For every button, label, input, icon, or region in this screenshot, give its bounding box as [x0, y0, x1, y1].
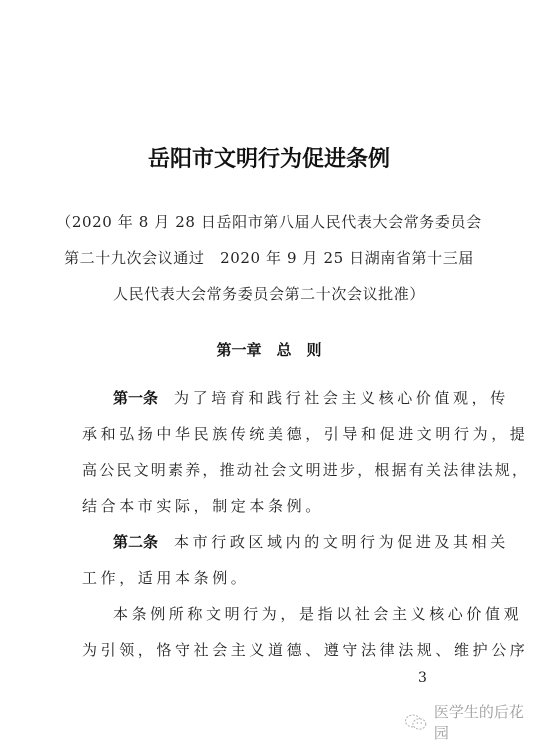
article-1-text: 为了培育和践行社会主义核心价值观，传	[174, 389, 509, 407]
watermark-text: 医学生的后花园	[434, 701, 538, 743]
chapter-heading: 第一章 总 则	[0, 340, 538, 360]
article-1-line-4: 结合本市实际，制定本条例。	[82, 496, 458, 516]
article-2-text: 本市行政区域内的文明行为促进及其相关	[174, 533, 509, 551]
document-page: 岳阳市文明行为促进条例 （2020 年 8 月 28 日岳阳市第八届人民代表大会…	[0, 0, 538, 752]
article-1-line-1: 第一条为了培育和践行社会主义核心价值观，传	[113, 388, 458, 408]
subtitle-line-1: （2020 年 8 月 28 日岳阳市第八届人民代表大会常务委员会	[0, 212, 538, 232]
document-title: 岳阳市文明行为促进条例	[0, 144, 538, 174]
paragraph-line-1: 本条例所称文明行为，是指以社会主义核心价值观	[113, 604, 458, 624]
page-number: 3	[418, 669, 427, 687]
wechat-watermark: 医学生的后花园	[404, 711, 538, 733]
article-1-label: 第一条	[113, 389, 158, 407]
article-2-line-2: 工作，适用本条例。	[82, 568, 458, 588]
article-2-line-1: 第二条本市行政区域内的文明行为促进及其相关	[113, 532, 458, 552]
article-1-line-2: 承和弘扬中华民族传统美德，引导和促进文明行为，提	[82, 424, 458, 444]
subtitle-line-2: 第二十九次会议通过 2020 年 9 月 25 日湖南省第十三届	[0, 248, 538, 268]
wechat-icon	[404, 713, 428, 731]
article-2-label: 第二条	[113, 533, 158, 551]
article-1-line-3: 高公民文明素养，推动社会文明进步，根据有关法律法规，	[82, 460, 458, 480]
paragraph-line-2: 为引领，恪守社会主义道德、遵守法律法规、维护公序	[82, 640, 458, 660]
subtitle-line-3: 人民代表大会常务委员会第二十次会议批准）	[0, 284, 538, 304]
